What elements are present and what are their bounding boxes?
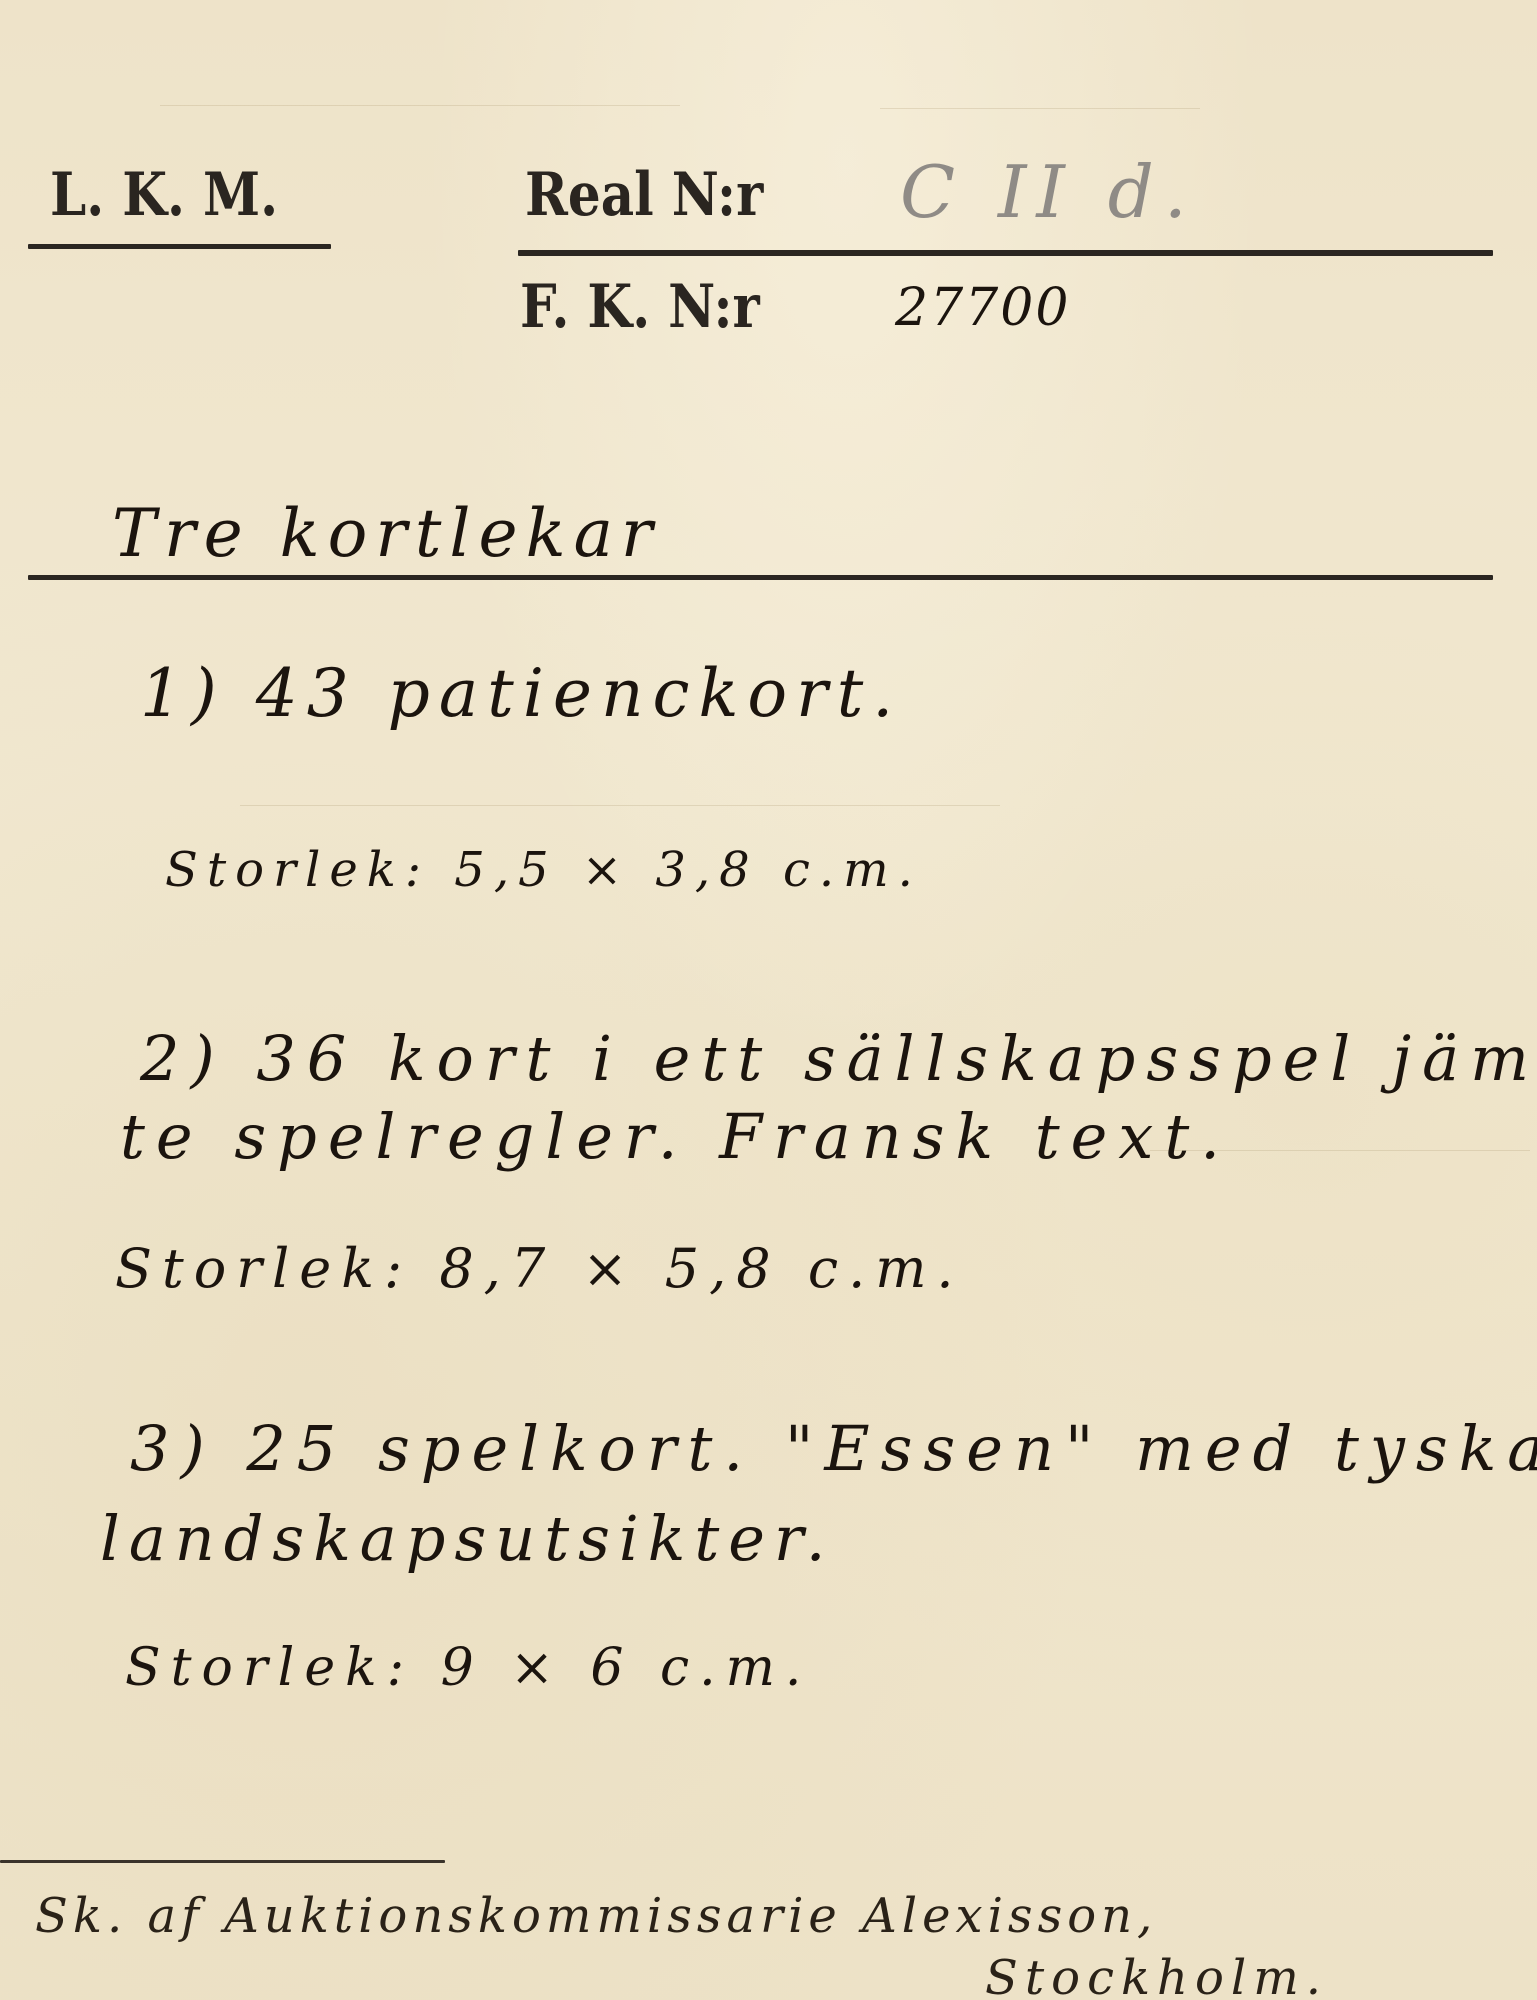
fk-number-value: 27700: [895, 278, 1070, 338]
fk-number-label: F. K. N:r: [520, 272, 760, 342]
item-1-size: Storlek: 5,5 × 3,8 c.m.: [165, 842, 922, 898]
item-2-description-line1: 2) 36 kort i ett sällskapsspel jäm-: [140, 1022, 1537, 1095]
item-3-size: Storlek: 9 × 6 c.m.: [125, 1638, 811, 1698]
item-3-description-line2: landskapsutsikter.: [100, 1502, 834, 1575]
title-rule: [28, 575, 1493, 580]
provenance-line2: Stockholm.: [985, 1950, 1328, 2000]
footer-rule: [0, 1860, 445, 1863]
real-number-label: Real N:r: [525, 160, 763, 230]
item-1-description: 1) 43 patienckort.: [140, 655, 902, 732]
paper-crease: [240, 805, 1000, 806]
real-number-value: C II d.: [900, 150, 1197, 234]
header-rule: [518, 250, 1493, 256]
institution-underline: [28, 244, 331, 249]
paper-crease: [880, 108, 1200, 109]
item-2-description-line2: te spelregler. Fransk text.: [120, 1100, 1231, 1173]
provenance-line1: Sk. af Auktionskommissarie Alexisson,: [35, 1888, 1157, 1944]
item-3-description-line1: 3) 25 spelkort. "Essen" med tyska: [130, 1412, 1537, 1485]
institution-label: L. K. M.: [50, 160, 278, 230]
object-title: Tre kortlekar: [112, 495, 660, 572]
paper-crease: [160, 105, 680, 106]
item-2-size: Storlek: 8,7 × 5,8 c.m.: [115, 1237, 964, 1300]
